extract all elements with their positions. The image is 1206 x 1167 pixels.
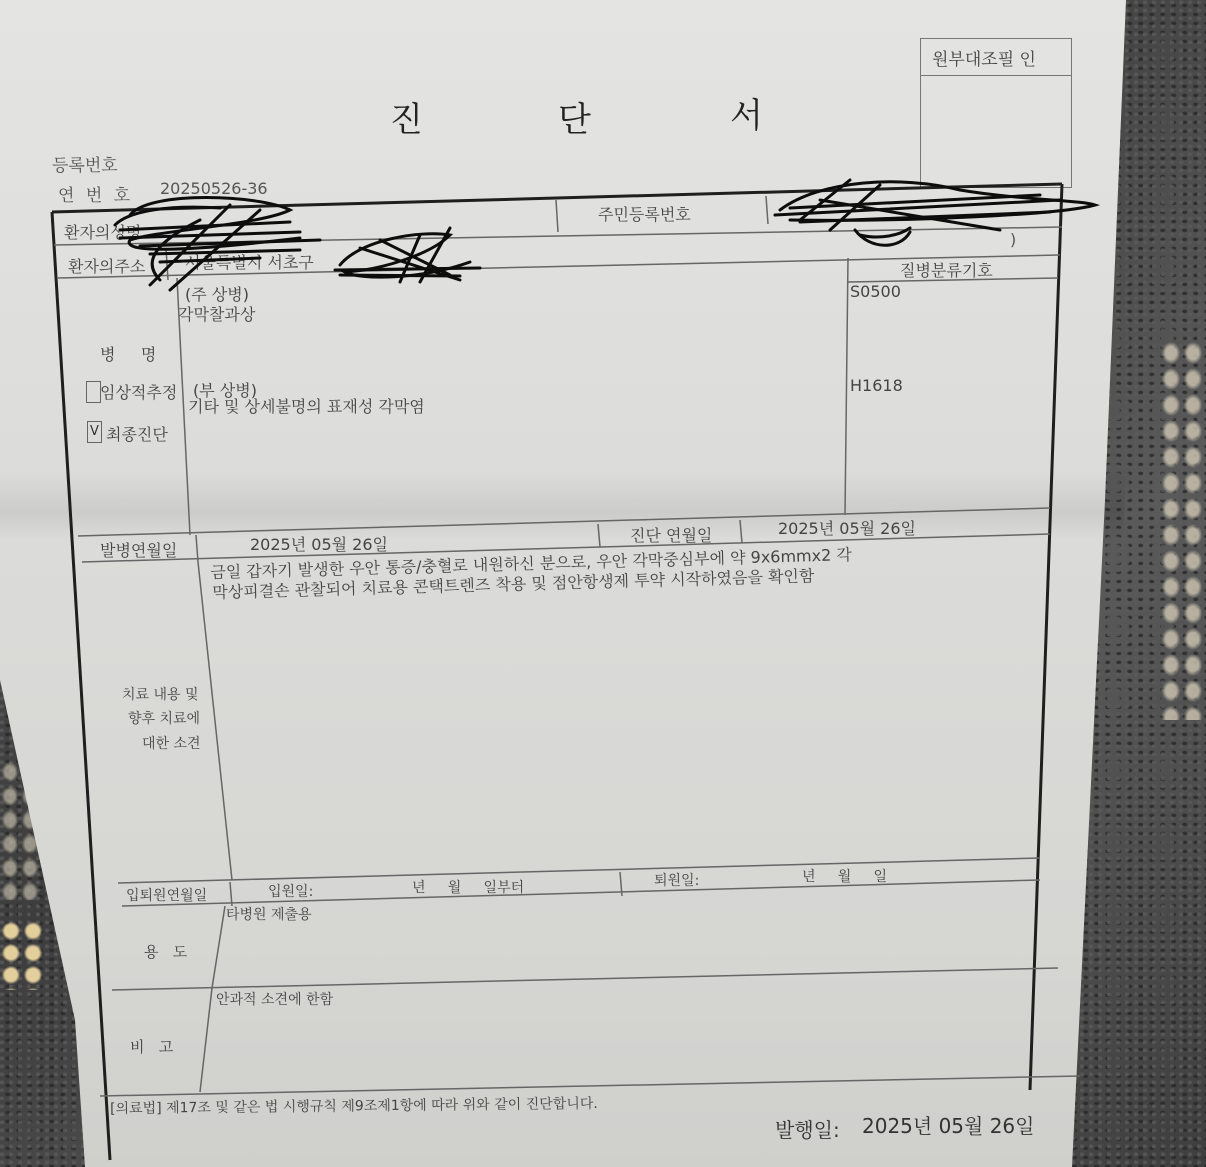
patient-address-label: 환자의주소 bbox=[68, 254, 145, 277]
carpet-pattern bbox=[1160, 340, 1206, 720]
admission-from-label: 입원일: bbox=[268, 881, 313, 901]
sub-diagnosis-value: 기타 및 상세불명의 표재성 각막염 bbox=[188, 394, 425, 417]
final-diagnosis-label: 최종진단 bbox=[106, 422, 168, 445]
phone-paren: ) bbox=[1010, 230, 1016, 249]
paper-fold bbox=[0, 470, 1206, 540]
clinical-estimate-checkbox[interactable] bbox=[86, 381, 101, 403]
serial-number-value: 20250526-36 bbox=[160, 179, 268, 198]
issue-date-value: 2025년 05월 26일 bbox=[862, 1110, 1034, 1139]
disease-name-label: 병 명 bbox=[100, 342, 156, 365]
title-char: 진 bbox=[390, 92, 423, 141]
patient-name-label: 환자의성명 bbox=[64, 220, 141, 243]
registration-number-label: 등록번호 bbox=[52, 151, 118, 176]
patient-address-value: 서울특별시 서초구 bbox=[185, 250, 314, 273]
resident-number-label: 주민등록번호 bbox=[598, 202, 691, 225]
remarks-value: 안과적 소견에 한함 bbox=[216, 989, 333, 1009]
diagnosis-date-value: 2025년 05월 26일 bbox=[778, 516, 916, 539]
admission-from-value: 년 월 일부터 bbox=[412, 877, 524, 897]
sub-diagnosis-code: H1618 bbox=[850, 376, 903, 395]
title-char: 단 bbox=[558, 92, 591, 141]
main-diagnosis-value: 각막찰과상 bbox=[178, 302, 255, 325]
purpose-label: 용 도 bbox=[144, 941, 187, 962]
diagnosis-date-label: 진단 연월일 bbox=[630, 523, 712, 546]
admission-label: 입퇴원연월일 bbox=[126, 885, 207, 905]
discharge-label: 퇴원일: bbox=[654, 870, 699, 890]
discharge-value: 년 월 일 bbox=[802, 866, 887, 886]
onset-date-value: 2025년 05월 26일 bbox=[250, 532, 388, 555]
remarks-label: 비 고 bbox=[130, 1036, 173, 1057]
onset-date-label: 발병연월일 bbox=[100, 538, 177, 561]
treatment-label-line: 대한 소견 bbox=[142, 733, 201, 753]
disease-code-header: 질병분류기호 bbox=[900, 258, 993, 281]
treatment-label-line: 치료 내용 및 bbox=[122, 684, 199, 704]
title-char: 서 bbox=[730, 88, 763, 137]
main-diagnosis-code: S0500 bbox=[850, 282, 901, 301]
treatment-label-line: 향후 치료에 bbox=[128, 708, 200, 728]
stamp-box-label: 원부대조필 인 bbox=[932, 45, 1036, 70]
serial-number-label: 연 번 호 bbox=[58, 181, 133, 206]
final-diagnosis-checkbox[interactable]: V bbox=[87, 421, 102, 443]
purpose-value: 타병원 제출용 bbox=[226, 904, 312, 924]
carpet-pattern bbox=[0, 920, 45, 990]
issue-date-label: 발행일: bbox=[775, 1114, 840, 1143]
clinical-estimate-label: 임상적추정 bbox=[100, 380, 177, 403]
